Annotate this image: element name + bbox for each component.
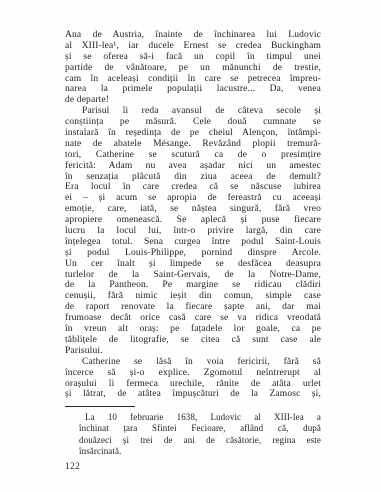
paragraph: Parisul îi reda avansul de câteva secole…	[65, 106, 321, 356]
text-line: Un cer înalt și limpede se desfăcea deas…	[65, 259, 321, 270]
main-text: Ana de Austria, înainte de închinarea lu…	[65, 30, 321, 400]
text-line: cam în aceleași condiții în care se petr…	[65, 74, 321, 85]
text-line: înțelegea totul. Sena curgea între podul…	[65, 237, 321, 248]
text-line: în vreun alt oraș: pe fațadele lor goale…	[65, 324, 321, 335]
text-line: și podul Louis-Philippe, pornind dinspre…	[65, 248, 321, 259]
page-number: 122	[65, 462, 80, 472]
text-line: tăblițele de litografie, se citea că sun…	[65, 335, 321, 346]
text-line: narea la primele populații lacustre... D…	[65, 84, 321, 95]
text-line: apropiere omenească. Se aplecă și puse f…	[65, 215, 321, 226]
text-line: fericită: Adam nu avea așadar nici un am…	[65, 161, 321, 172]
text-line: de raport renovate la fiecare șapte ani,…	[65, 302, 321, 313]
text-line: și se oferea să-i facă un copil în timpu…	[65, 52, 321, 63]
text-line: Catherine se lăsă în voia fericirii, făr…	[65, 357, 321, 368]
footnote-separator	[65, 406, 135, 407]
text-line: de departe!	[65, 95, 321, 106]
text-line: închinat țara Sfintei Fecioare, aflând c…	[79, 423, 321, 434]
book-page: Ana de Austria, înainte de închinarea lu…	[0, 0, 381, 492]
text-line: nate de abatele Mésange. Revăzând plopii…	[65, 139, 321, 150]
text-line: frumoase decât orice casă care se va rid…	[65, 313, 321, 324]
text-line: 1. La 10 februarie 1638, Ludovic al XIII…	[79, 412, 321, 423]
text-line: în senzația plăcută din ziua aceea de de…	[65, 172, 321, 183]
text-line: Era locul în care credea că se născuse i…	[65, 182, 321, 193]
text-line: cenușii, fără nimic ieșit din comun, sim…	[65, 291, 321, 302]
text-line: și lătrat, de atâtea împușcături de la Z…	[65, 389, 321, 400]
text-line: instalară în reședința de pe cheiul Alen…	[65, 128, 321, 139]
text-line: conștiința pe măsură. Cele două cumnate …	[65, 117, 321, 128]
text-line: orașului îi fermeca urechile, rănite de …	[65, 379, 321, 390]
text-line: emoție, care, iată, se năștea singură, f…	[65, 204, 321, 215]
text-line: partide de vânătoare, pe un mănunchi de …	[65, 63, 321, 74]
text-line: tori, Catherine se scutură ca de o presi…	[65, 150, 321, 161]
paragraph: Ana de Austria, înainte de închinarea lu…	[65, 30, 321, 106]
text-line: douăzeci și trei de ani de căsătorie, re…	[79, 435, 321, 446]
text-line: ei – și acum se apropia de fereastră cu …	[65, 193, 321, 204]
text-line: Parisul îi reda avansul de câteva secole…	[65, 106, 321, 117]
text-line: încerce să și-o explice. Zgomotul neîntr…	[65, 368, 321, 379]
text-line: turlelor de la Saint-Gervais, de la Notr…	[65, 270, 321, 281]
text-line: de la Pantheon. Pe margine se ridicau cl…	[65, 280, 321, 291]
text-line: însărcinată.	[79, 446, 321, 457]
text-line: Ana de Austria, înainte de închinarea lu…	[65, 30, 321, 41]
text-line: lucru la locul lui, într-o privire largă…	[65, 226, 321, 237]
text-line: al XIII-lea¹, iar ducele Ernest se crede…	[65, 41, 321, 52]
footnote: 1. La 10 februarie 1638, Ludovic al XIII…	[65, 412, 321, 457]
paragraph: Catherine se lăsă în voia fericirii, făr…	[65, 357, 321, 401]
text-line: Parisului.	[65, 346, 321, 357]
